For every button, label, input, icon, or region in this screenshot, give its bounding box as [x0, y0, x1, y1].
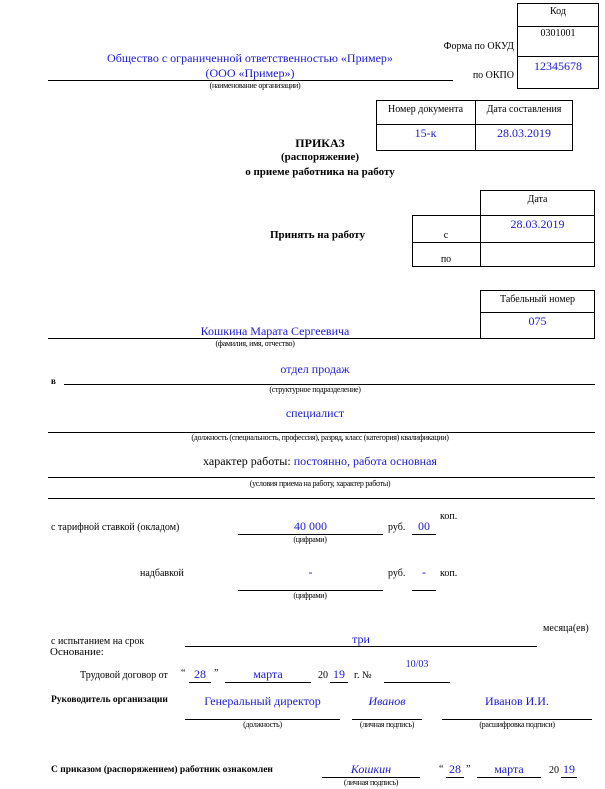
department-caption: (структурное подразделение): [230, 385, 400, 394]
basis-label: Основание:: [50, 646, 104, 658]
department-prefix: в: [51, 376, 56, 386]
codes-header: Код: [517, 6, 599, 17]
acknowledgement-quote-open: “: [439, 764, 443, 775]
basis-year-underline: [330, 682, 348, 683]
salary-caption: (цифрами): [260, 535, 360, 544]
acknowledgement-year-prefix: 20: [549, 765, 559, 776]
basis-quote-open: “: [181, 668, 185, 679]
basis-month-underline: [225, 682, 311, 683]
bonus-kop-label: коп.: [440, 568, 457, 579]
codes-divider: [517, 56, 599, 57]
acknowledgement-day-underline: [446, 777, 464, 778]
position-caption: (должность (специальность, профессия), р…: [120, 433, 520, 442]
head-signature: Иванов: [352, 694, 422, 709]
acknowledgement-year-underline: [561, 777, 577, 778]
basis-year-label: г. №: [354, 670, 372, 681]
bonus-caption: (цифрами): [260, 591, 360, 600]
bonus-kop-underline: [412, 590, 436, 591]
organization-caption: (наименование организации): [155, 81, 355, 90]
salary-label: с тарифной ставкой (окладом): [51, 522, 179, 533]
organization-name-line1: Общество с ограниченной ответственностью…: [60, 51, 440, 66]
acknowledgement-signature-caption: (личная подпись): [322, 778, 420, 787]
document-date-header: Дата составления: [475, 104, 573, 115]
work-nature-underline: [48, 477, 595, 478]
document-date-value: 28.03.2019: [475, 126, 573, 141]
hire-from-label: с: [412, 230, 480, 241]
hire-to-label: по: [412, 254, 480, 265]
probation-underline: [185, 646, 537, 647]
bonus-rub-label: руб.: [388, 568, 405, 579]
head-position: Генеральный директор: [185, 694, 340, 709]
order-title: ПРИКАЗ: [220, 136, 420, 151]
salary-rub-label: руб.: [388, 522, 405, 533]
head-decoding-caption: (расшифровка подписи): [442, 720, 592, 729]
hire-from-value: 28.03.2019: [480, 217, 595, 232]
employee-name-caption: (фамилия, имя, отчество): [180, 339, 330, 348]
bonus-label: надбавкой: [140, 568, 184, 579]
salary-kop-value: 00: [412, 519, 436, 534]
organization-name-line2: (ООО «Пример»): [60, 66, 440, 81]
work-nature-caption: (условия приема на работу, характер рабо…: [170, 479, 470, 488]
hire-date-header: Дата: [480, 194, 595, 205]
basis-contract-label: Трудовой договор от: [80, 670, 168, 681]
okpo-value: 12345678: [517, 59, 599, 74]
basis-number-underline: [384, 682, 450, 683]
salary-kop-underline: [412, 534, 436, 535]
tab-number-value: 075: [480, 314, 595, 329]
basis-year-suffix: 19: [330, 667, 348, 682]
employee-full-name: Кошкина Марата Сергеевича: [150, 324, 400, 339]
basis-day: 28: [189, 667, 211, 682]
probation-unit: месяца(ев): [543, 623, 589, 634]
basis-year-prefix: 20: [318, 670, 328, 681]
work-nature-value: постоянно, работа основная: [294, 454, 437, 468]
acknowledgement-month-underline: [477, 777, 541, 778]
position-value: специалист: [230, 406, 400, 421]
tab-number-divider: [480, 312, 595, 313]
basis-month: марта: [225, 667, 311, 682]
work-nature: характер работы: постоянно, работа основ…: [120, 454, 520, 469]
acknowledgement-quote-close: ”: [466, 764, 470, 775]
work-nature-label: характер работы:: [203, 454, 291, 468]
bonus-kop-value: -: [412, 565, 436, 580]
head-decoding: Иванов И.И.: [442, 694, 592, 709]
salary-rub-value: 40 000: [238, 519, 383, 534]
acknowledgement-year-suffix: 19: [561, 762, 577, 777]
basis-day-underline: [189, 682, 211, 683]
document-number-header: Номер документа: [376, 104, 475, 115]
order-purpose: о приеме работника на работу: [200, 166, 440, 178]
acknowledgement-label: С приказом (распоряжением) работник озна…: [51, 765, 273, 775]
salary-kop-label: коп.: [440, 511, 457, 522]
order-subtitle: (распоряжение): [220, 151, 420, 163]
codes-divider: [517, 26, 599, 27]
bonus-rub-value: -: [238, 565, 383, 580]
basis-quote-close: ”: [214, 668, 218, 679]
head-label: Руководитель организации: [51, 695, 168, 705]
tab-number-header: Табельный номер: [480, 294, 595, 305]
acknowledgement-day: 28: [446, 762, 464, 777]
hire-label: Принять на работу: [270, 229, 365, 241]
head-position-caption: (должность): [185, 720, 340, 729]
okud-value: 0301001: [517, 28, 599, 39]
acknowledgement-month: марта: [477, 762, 541, 777]
department-value: отдел продаж: [230, 362, 400, 377]
acknowledgement-signature: Кошкин: [322, 762, 420, 777]
hire-date-divider: [412, 242, 595, 243]
head-signature-caption: (личная подпись): [347, 720, 427, 729]
work-nature-underline-2: [48, 498, 595, 499]
basis-number: 10/03: [384, 659, 450, 670]
probation-value: три: [185, 632, 537, 647]
